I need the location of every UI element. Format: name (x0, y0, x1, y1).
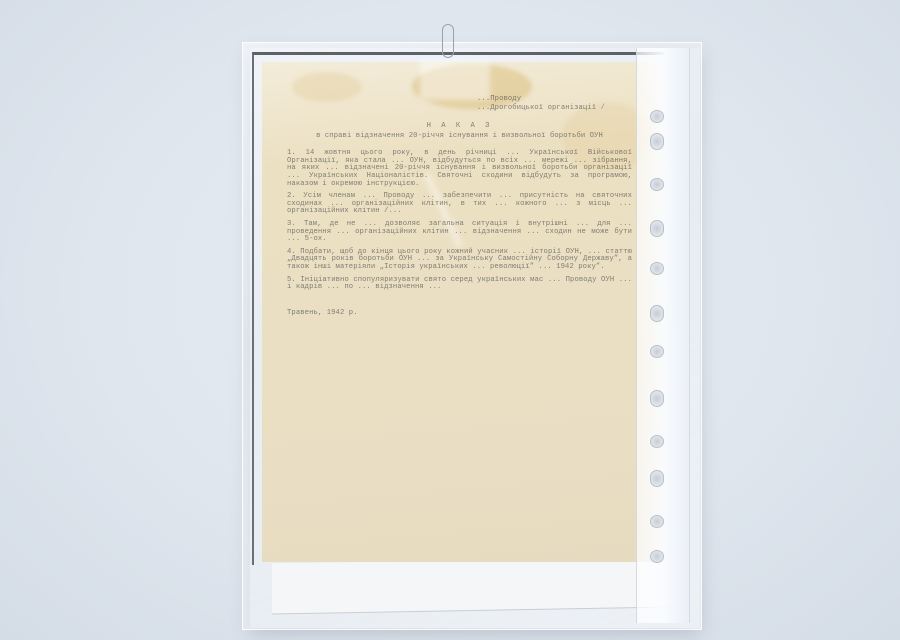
punch-hole (650, 178, 664, 191)
paragraph-3: 3. Там, де не ... дозволяє загальна ситу… (287, 221, 632, 244)
punch-hole (650, 220, 664, 237)
punch-hole (650, 470, 664, 487)
back-sheet (272, 557, 672, 615)
header-line: ...Дрогобицької організації / (477, 104, 632, 113)
punch-hole (650, 110, 664, 123)
document-title: Н А К А З (287, 123, 632, 131)
paragraph-1: 1. 14 жовтня цього року, в день річниці … (287, 150, 632, 188)
punch-hole (650, 390, 664, 407)
punch-hole (650, 133, 664, 150)
punch-hole (650, 550, 664, 563)
document-header: ...Проводу ...Дрогобицької організації / (477, 95, 632, 113)
paragraph-2: 2. Усім членам ... Проводу ... забезпечи… (287, 193, 632, 216)
header-line: ...Проводу (477, 95, 632, 104)
document-subtitle: в справі відзначення 20-річчя існування … (287, 133, 632, 141)
paragraph-4: 4. Подбати, щоб до кінця цього року кожн… (287, 249, 632, 272)
typewritten-document: ...Проводу ...Дрогобицької організації /… (287, 95, 632, 317)
sleeve-binder-strip (636, 48, 690, 623)
punch-hole (650, 262, 664, 275)
punch-hole (650, 345, 664, 358)
punch-hole (650, 435, 664, 448)
sleeve-glare (420, 60, 490, 100)
paper-clip-icon (442, 24, 454, 58)
punch-hole (650, 305, 664, 322)
date-line: Травень, 1942 р. (287, 310, 632, 318)
pen-mark: / (601, 104, 605, 112)
punch-hole (650, 515, 664, 528)
paragraph-5: 5. Ініціативно спопуляризувати свято сер… (287, 277, 632, 292)
